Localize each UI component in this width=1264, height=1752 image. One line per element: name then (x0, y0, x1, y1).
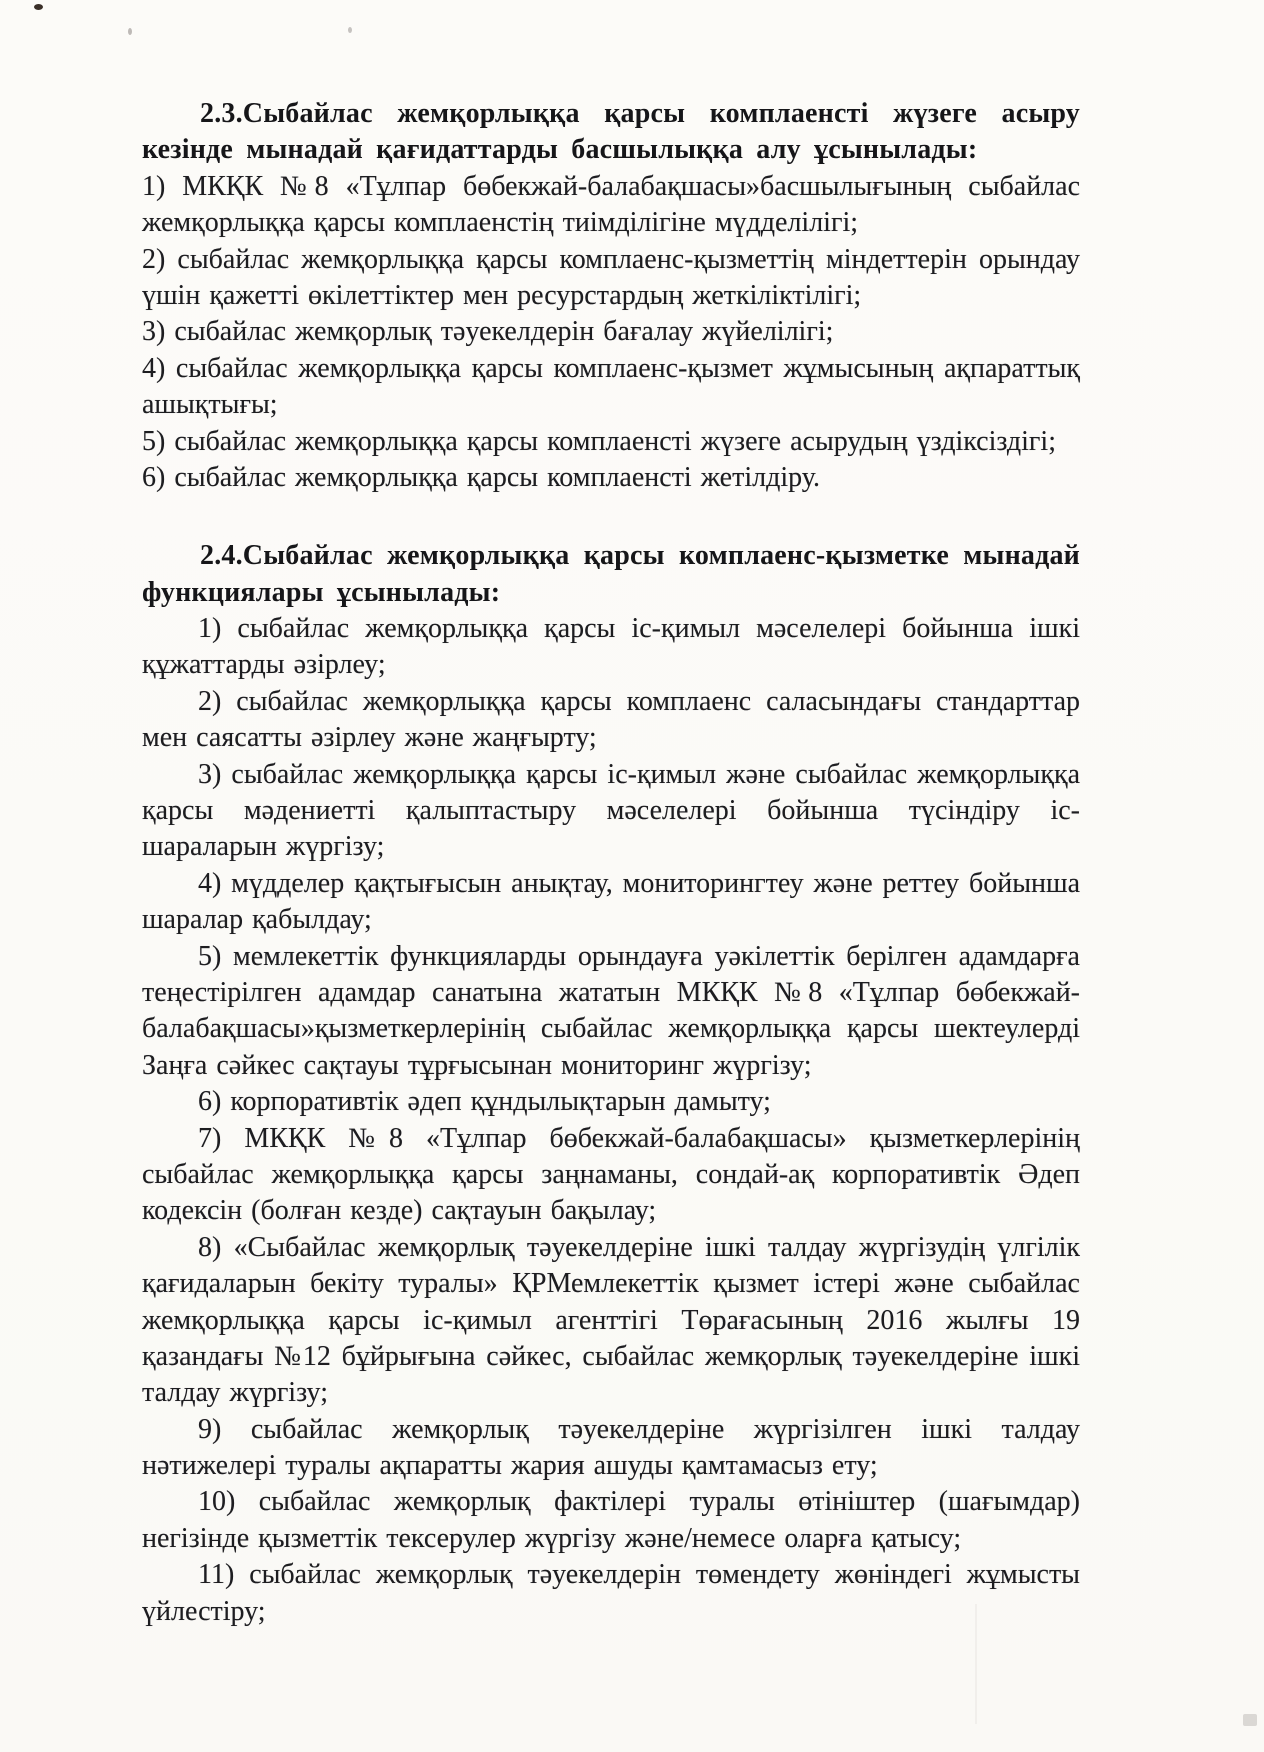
scan-artifact-speck (348, 27, 352, 33)
list-item: 9) сыбайлас жемқорлық тәуекелдеріне жүрг… (142, 1412, 1080, 1485)
list-item: 2) сыбайлас жемқорлыққа қарсы комплаенс-… (142, 242, 1080, 315)
scan-artifact-streak (975, 1604, 977, 1724)
list-item: 10) сыбайлас жемқорлық фактілері туралы … (142, 1484, 1080, 1557)
list-item: 1) МКҚК №8 «Тұлпар бөбекжай-балабақшасы»… (142, 169, 1080, 242)
scanned-document-page: 2.3.Сыбайлас жемқорлыққа қарсы комплаенс… (0, 0, 1264, 1752)
list-item: 6) сыбайлас жемқорлыққа қарсы комплаенст… (142, 460, 1080, 496)
list-item: 3) сыбайлас жемқорлық тәуекелдерін бағал… (142, 314, 1080, 350)
list-item: 3) сыбайлас жемқорлыққа қарсы іс-қимыл ж… (142, 757, 1080, 866)
list-item: 7) МКҚК №8 «Тұлпар бөбекжай-балабақшасы»… (142, 1121, 1080, 1230)
list-item: 1) сыбайлас жемқорлыққа қарсы іс-қимыл м… (142, 611, 1080, 684)
section-2-4: 2.4.Сыбайлас жемқорлыққа қарсы комплаенс… (142, 538, 1080, 1630)
list-item: 6) корпоративтік әдеп құндылықтарын дамы… (142, 1084, 1080, 1120)
scan-artifact-speck (128, 28, 132, 35)
section-2-3: 2.3.Сыбайлас жемқорлыққа қарсы комплаенс… (142, 96, 1080, 496)
section-2-3-heading: 2.3.Сыбайлас жемқорлыққа қарсы комплаенс… (142, 96, 1080, 169)
list-item: 11) сыбайлас жемқорлық тәуекелдерін төме… (142, 1557, 1080, 1630)
scan-artifact-speck (34, 4, 43, 10)
list-item: 8) «Сыбайлас жемқорлық тәуекелдеріне ішк… (142, 1230, 1080, 1412)
scan-artifact-speck (1243, 1714, 1257, 1726)
list-item: 2) сыбайлас жемқорлыққа қарсы комплаенс … (142, 684, 1080, 757)
section-2-4-heading: 2.4.Сыбайлас жемқорлыққа қарсы комплаенс… (142, 538, 1080, 611)
list-item: 5) сыбайлас жемқорлыққа қарсы комплаенст… (142, 424, 1080, 460)
list-item: 4) сыбайлас жемқорлыққа қарсы комплаенс-… (142, 351, 1080, 424)
list-item: 5) мемлекеттік функцияларды орындауға уә… (142, 939, 1080, 1085)
list-item: 4) мүдделер қақтығысын анықтау, монитори… (142, 866, 1080, 939)
